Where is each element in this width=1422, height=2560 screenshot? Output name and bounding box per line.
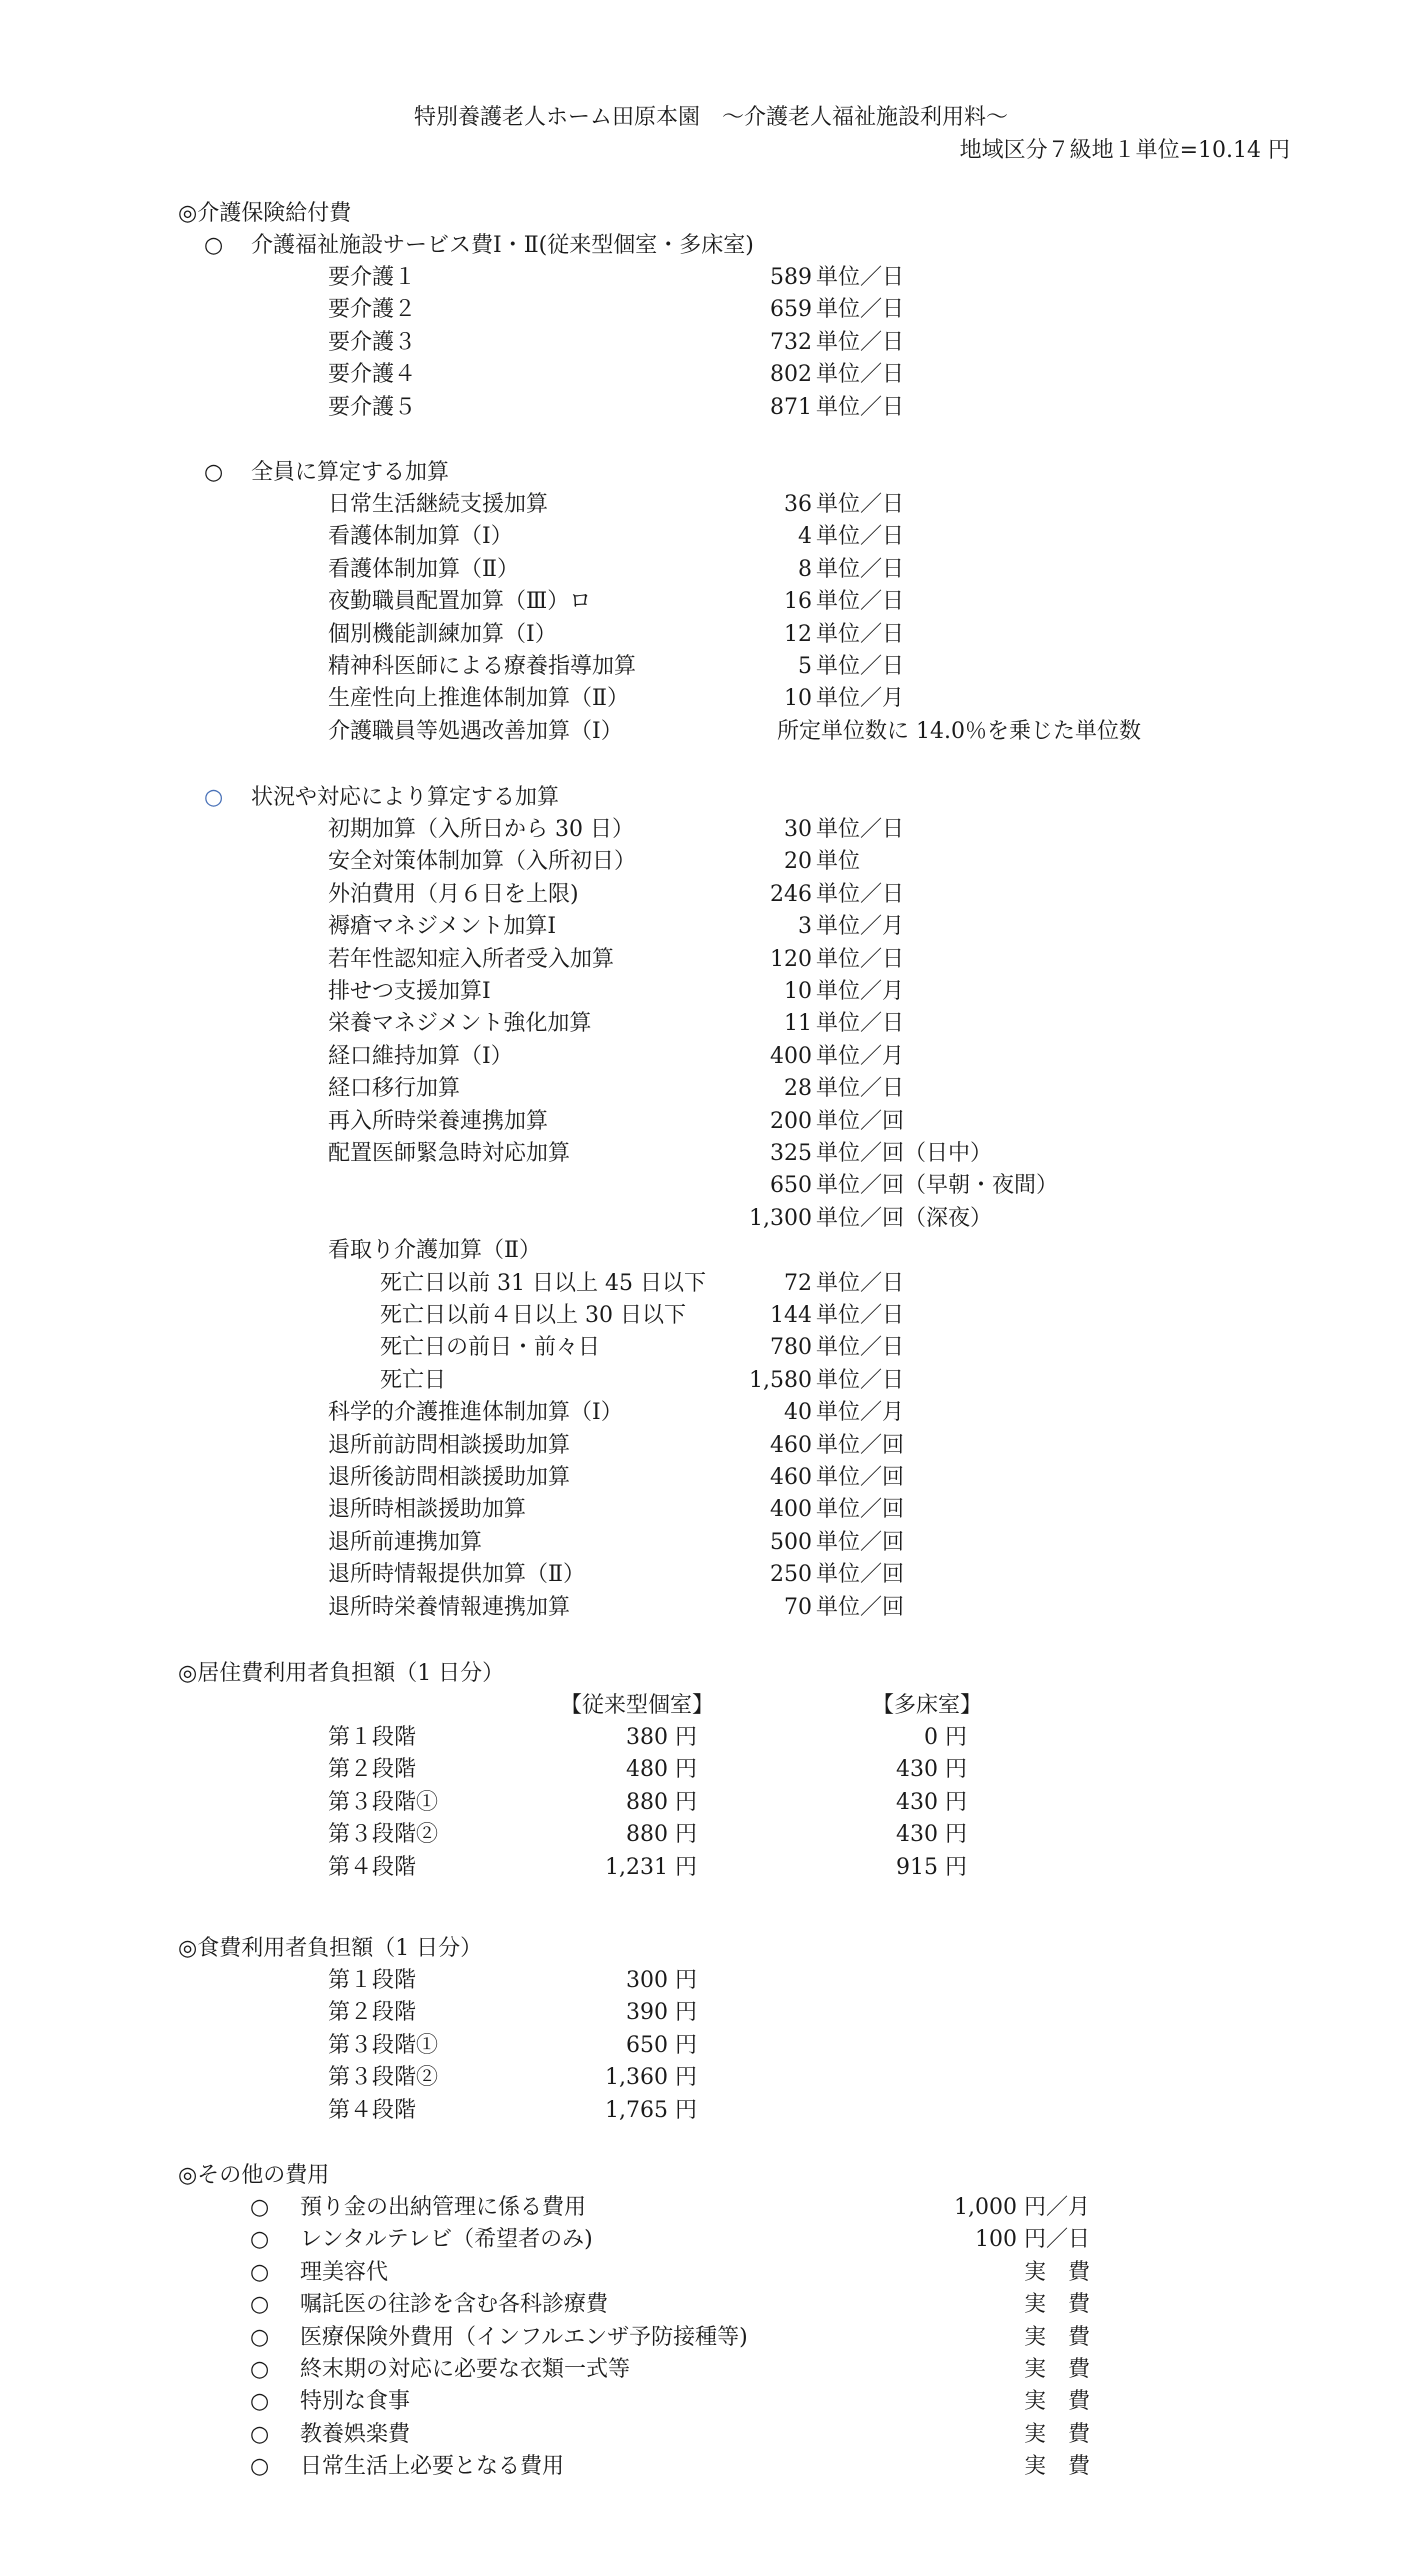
food-fee: 650 円: [626, 2030, 697, 2062]
fee-item-units: 16: [784, 586, 812, 618]
stage-label: 第３段階②: [328, 2062, 438, 2094]
fee-item-unit-label: 単位／日: [816, 619, 904, 651]
fee-item-row: 経口維持加算（Ⅰ）400単位／月: [0, 1041, 1422, 1073]
fee-item-row: 配置医師緊急時対応加算325単位／回（日中）: [0, 1138, 1422, 1170]
other-fee-price: 実 費: [1024, 2322, 1090, 2354]
fee-item-units: 30: [784, 814, 812, 846]
fee-item-units: 10: [784, 976, 812, 1008]
private-room-fee: 880 円: [626, 1819, 697, 1851]
other-fee-row: ○特別な食事実 費: [0, 2386, 1422, 2418]
fee-item-row: 若年性認知症入所者受入加算120単位／日: [0, 944, 1422, 976]
other-fee-price: 1,000 円／月: [954, 2192, 1090, 2224]
other-fee-price: 実 費: [1024, 2257, 1090, 2289]
section-heading-insurance: ◎介護保険給付費: [178, 198, 351, 230]
fee-item-row: 要介護４802単位／日: [0, 359, 1422, 391]
fee-item-label: 退所後訪問相談援助加算: [328, 1462, 570, 1494]
other-fee-row: ○レンタルテレビ（希望者のみ)100 円／日: [0, 2224, 1422, 2256]
fee-item-unit-label: 単位／日: [816, 586, 904, 618]
fee-item-label: 退所時情報提供加算（Ⅱ）: [328, 1559, 585, 1591]
fee-item-units: 28: [784, 1073, 812, 1105]
other-fee-row: ○嘱託医の往診を含む各科診療費実 費: [0, 2289, 1422, 2321]
other-fee-label: 日常生活上必要となる費用: [300, 2451, 564, 2483]
other-fee-label: 預り金の出納管理に係る費用: [300, 2192, 586, 2224]
fee-item-unit-label: 単位／日: [816, 651, 904, 683]
fee-item-unit-label: 単位／日: [816, 521, 904, 553]
fee-item-label: 看護体制加算（Ⅰ）: [328, 521, 513, 553]
other-fee-price: 実 費: [1024, 2289, 1090, 2321]
fee-item-label: 要介護５: [328, 392, 416, 424]
shared-room-fee: 430 円: [896, 1754, 967, 1786]
private-room-fee: 380 円: [626, 1722, 697, 1754]
fee-item-row: 死亡日以前 31 日以上 45 日以下72単位／日: [0, 1268, 1422, 1300]
other-fee-label: 教養娯楽費: [300, 2419, 410, 2451]
fee-item-unit-label: 単位／日: [816, 879, 904, 911]
subsection-all-additions: ○全員に算定する加算: [204, 457, 449, 489]
section-heading-other: ◎その他の費用: [178, 2160, 329, 2192]
fee-item-unit-label: 単位／日: [816, 262, 904, 294]
shared-room-fee: 0 円: [924, 1722, 967, 1754]
fee-item-unit-label: 単位／回: [816, 1430, 904, 1462]
food-row: 第１段階300 円: [0, 1965, 1422, 1997]
fee-item-label: 退所前訪問相談援助加算: [328, 1430, 570, 1462]
fee-item-row: 退所時情報提供加算（Ⅱ）250単位／回: [0, 1559, 1422, 1591]
fee-item-row: 退所前連携加算500単位／回: [0, 1527, 1422, 1559]
circle-bullet-icon: ○: [250, 2192, 269, 2224]
fee-item-unit-label: 単位／月: [816, 1041, 904, 1073]
other-fee-row: ○教養娯楽費実 費: [0, 2419, 1422, 2451]
food-row: 第３段階①650 円: [0, 2030, 1422, 2062]
fee-item-units: 732: [770, 327, 812, 359]
fee-item-units: 11: [784, 1008, 812, 1040]
document-title: 特別養護老人ホーム田原本園 ～介護老人福祉施設利用料～: [0, 102, 1422, 134]
fee-item-row: 退所時相談援助加算400単位／回: [0, 1494, 1422, 1526]
fee-item-row: 退所後訪問相談援助加算460単位／回: [0, 1462, 1422, 1494]
fee-item-label: 個別機能訓練加算（Ⅰ）: [328, 619, 557, 651]
fee-item-unit-label: 単位／日: [816, 1332, 904, 1364]
stage-label: 第４段階: [328, 2095, 416, 2127]
column-header-private-room: 【従来型個室】: [560, 1690, 714, 1722]
fee-item-units: 1,300: [749, 1203, 812, 1235]
fee-item-label: 外泊費用（月６日を上限): [328, 879, 579, 911]
fee-item-units: 200: [770, 1106, 812, 1138]
fee-item-units: 400: [770, 1494, 812, 1526]
circle-bullet-icon: ○: [204, 230, 251, 262]
fee-item-unit-label: 単位／日: [816, 814, 904, 846]
other-fee-price: 実 費: [1024, 2354, 1090, 2386]
circle-bullet-icon: ○: [250, 2224, 269, 2256]
fee-item-row: 精神科医師による療養指導加算5単位／日: [0, 651, 1422, 683]
fee-item-label: 排せつ支援加算Ⅰ: [328, 976, 491, 1008]
fee-item-unit-label: 単位／月: [816, 683, 904, 715]
fee-item-units: 400: [770, 1041, 812, 1073]
fee-item-label: 配置医師緊急時対応加算: [328, 1138, 570, 1170]
fee-item-units: 325: [770, 1138, 812, 1170]
fee-item-row: 個別機能訓練加算（Ⅰ）12単位／日: [0, 619, 1422, 651]
other-fee-price: 100 円／日: [975, 2224, 1090, 2256]
fee-item-unit-label: 単位／日: [816, 1073, 904, 1105]
stage-label: 第１段階: [328, 1722, 416, 1754]
fee-item-row: 退所時栄養情報連携加算70単位／回: [0, 1592, 1422, 1624]
other-fee-price: 実 費: [1024, 2386, 1090, 2418]
fee-item-units: 871: [770, 392, 812, 424]
fee-item-units: 4: [798, 521, 812, 553]
fee-item-row: 日常生活継続支援加算36単位／日: [0, 489, 1422, 521]
fee-item-label: 褥瘡マネジメント加算Ⅰ: [328, 911, 556, 943]
stage-label: 第４段階: [328, 1852, 416, 1884]
fee-item-unit-label: 単位／回: [816, 1106, 904, 1138]
fee-item-units: 20: [784, 846, 812, 878]
stage-label: 第２段階: [328, 1997, 416, 2029]
stage-label: 第３段階①: [328, 1787, 438, 1819]
fee-item-units: 40: [784, 1397, 812, 1429]
circle-bullet-icon: ○: [250, 2289, 269, 2321]
fee-item-row: 外泊費用（月６日を上限)246単位／日: [0, 879, 1422, 911]
residence-row: 第１段階380 円0 円: [0, 1722, 1422, 1754]
fee-item-units: 70: [784, 1592, 812, 1624]
fee-item-row: 要介護３732単位／日: [0, 327, 1422, 359]
circle-bullet-icon: ○: [250, 2451, 269, 2483]
fee-item-unit-label: 単位／月: [816, 1397, 904, 1429]
fee-item-unit-label: 単位／回（深夜）: [816, 1203, 992, 1235]
fee-item-label: 要介護２: [328, 294, 416, 326]
fee-item-units: 659: [770, 294, 812, 326]
fee-item-unit-label: 単位／回（日中）: [816, 1138, 992, 1170]
fee-item-row: 看護体制加算（Ⅱ）8単位／日: [0, 554, 1422, 586]
private-room-fee: 480 円: [626, 1754, 697, 1786]
residence-row: 第２段階480 円430 円: [0, 1754, 1422, 1786]
circle-bullet-icon: ○: [250, 2354, 269, 2386]
shared-room-fee: 430 円: [896, 1819, 967, 1851]
fee-item-row: 看護体制加算（Ⅰ）4単位／日: [0, 521, 1422, 553]
other-fee-label: レンタルテレビ（希望者のみ): [300, 2224, 593, 2256]
fee-item-label: 経口移行加算: [328, 1073, 460, 1105]
fee-item-row: 栄養マネジメント強化加算11単位／日: [0, 1008, 1422, 1040]
section-heading-food: ◎食費利用者負担額（1 日分）: [178, 1933, 482, 1965]
food-fee: 1,765 円: [605, 2095, 697, 2127]
fee-item-units: 460: [770, 1430, 812, 1462]
fee-item-label: 生産性向上推進体制加算（Ⅱ）: [328, 683, 629, 715]
fee-item-units: 8: [798, 554, 812, 586]
fee-item-row: 要介護１589単位／日: [0, 262, 1422, 294]
residence-row: 第３段階②880 円430 円: [0, 1819, 1422, 1851]
fee-item-row: 褥瘡マネジメント加算Ⅰ3単位／月: [0, 911, 1422, 943]
fee-item-unit-label: 単位／月: [816, 911, 904, 943]
circle-bullet-icon: ○: [250, 2386, 269, 2418]
fee-item-units: 36: [784, 489, 812, 521]
fee-item-label: 再入所時栄養連携加算: [328, 1106, 548, 1138]
other-fee-label: 医療保険外費用（インフルエンザ予防接種等): [300, 2322, 748, 2354]
other-fee-row: ○医療保険外費用（インフルエンザ予防接種等)実 費: [0, 2322, 1422, 2354]
fee-item-label: 死亡日: [380, 1365, 446, 1397]
fee-item-row: 初期加算（入所日から 30 日）30単位／日: [0, 814, 1422, 846]
fee-item-unit-label: 単位／月: [816, 976, 904, 1008]
fee-item-unit-label: 単位／日: [816, 1268, 904, 1300]
region-unit-note: 地域区分７級地１単位=10.14 円: [960, 135, 1290, 167]
fee-item-label: 死亡日の前日・前々日: [380, 1332, 600, 1364]
fee-item-units: 589: [770, 262, 812, 294]
fee-item-label: 経口維持加算（Ⅰ）: [328, 1041, 513, 1073]
other-fee-price: 実 費: [1024, 2419, 1090, 2451]
fee-item-unit-label: 単位／日: [816, 359, 904, 391]
fee-item-units: 650: [770, 1170, 812, 1202]
fee-item-row: 生産性向上推進体制加算（Ⅱ）10単位／月: [0, 683, 1422, 715]
stage-label: 第３段階①: [328, 2030, 438, 2062]
fee-item-label: 要介護１: [328, 262, 416, 294]
circle-bullet-icon: ○: [204, 457, 251, 489]
shared-room-fee: 430 円: [896, 1787, 967, 1819]
food-row: 第３段階②1,360 円: [0, 2062, 1422, 2094]
fee-item-unit-label: 単位／日: [816, 944, 904, 976]
fee-item-unit-label: 単位／日: [816, 1008, 904, 1040]
fee-item-label: 精神科医師による療養指導加算: [328, 651, 636, 683]
residence-row: 第３段階①880 円430 円: [0, 1787, 1422, 1819]
fee-item-label: 介護職員等処遇改善加算（Ⅰ）: [328, 716, 623, 748]
subsection-heading: 全員に算定する加算: [251, 460, 449, 485]
circle-bullet-icon: ○: [250, 2257, 269, 2289]
other-fee-row: ○理美容代実 費: [0, 2257, 1422, 2289]
other-fee-label: 終末期の対応に必要な衣類一式等: [300, 2354, 630, 2386]
fee-item-row: 死亡日以前４日以上 30 日以下144単位／日: [0, 1300, 1422, 1332]
fee-item-unit-label: 単位／日: [816, 489, 904, 521]
fee-item-row: 介護職員等処遇改善加算（Ⅰ）所定単位数に 14.0％を乗じた単位数: [0, 716, 1422, 748]
fee-item-row: 死亡日の前日・前々日780単位／日: [0, 1332, 1422, 1364]
fee-item-units: 460: [770, 1462, 812, 1494]
circle-bullet-icon: ○: [250, 2419, 269, 2451]
fee-item-unit-label: 単位／回: [816, 1462, 904, 1494]
fee-item-row: 夜勤職員配置加算（Ⅲ）ロ16単位／日: [0, 586, 1422, 618]
subsection-heading: 介護福祉施設サービス費Ⅰ・Ⅱ(従来型個室・多床室): [251, 233, 754, 258]
fee-item-unit-label: 単位／日: [816, 294, 904, 326]
fee-item-label: 死亡日以前 31 日以上 45 日以下: [380, 1268, 706, 1300]
fee-item-row: 再入所時栄養連携加算200単位／回: [0, 1106, 1422, 1138]
fee-item-units: 780: [770, 1332, 812, 1364]
fee-item-unit-label: 単位／日: [816, 1300, 904, 1332]
fee-item-row: 1,300単位／回（深夜）: [0, 1203, 1422, 1235]
subsection-service-fee: ○介護福祉施設サービス費Ⅰ・Ⅱ(従来型個室・多床室): [204, 230, 754, 262]
fee-item-label: 夜勤職員配置加算（Ⅲ）ロ: [328, 586, 591, 618]
fee-item-units: 10: [784, 683, 812, 715]
fee-item-label: 退所時相談援助加算: [328, 1494, 526, 1526]
fee-item-label: 退所時栄養情報連携加算: [328, 1592, 570, 1624]
fee-item-units: 246: [770, 879, 812, 911]
fee-item-units: 500: [770, 1527, 812, 1559]
fee-item-label: 安全対策体制加算（入所初日）: [328, 846, 636, 878]
fee-item-label: 栄養マネジメント強化加算: [328, 1008, 591, 1040]
fee-item-units: 144: [770, 1300, 812, 1332]
fee-item-units: 12: [784, 619, 812, 651]
stage-label: 第３段階②: [328, 1819, 438, 1851]
fee-item-note: 所定単位数に 14.0％を乗じた単位数: [777, 716, 1141, 748]
fee-item-units: 72: [784, 1268, 812, 1300]
fee-item-unit-label: 単位／日: [816, 1365, 904, 1397]
other-fee-row: ○日常生活上必要となる費用実 費: [0, 2451, 1422, 2483]
other-fee-label: 特別な食事: [300, 2386, 410, 2418]
fee-item-row: 要介護５871単位／日: [0, 392, 1422, 424]
fee-item-units: 1,580: [749, 1365, 812, 1397]
stage-label: 第１段階: [328, 1965, 416, 1997]
fee-item-unit-label: 単位／回: [816, 1494, 904, 1526]
fee-item-row: 科学的介護推進体制加算（Ⅰ）40単位／月: [0, 1397, 1422, 1429]
fee-item-label: 要介護４: [328, 359, 416, 391]
fee-item-row: 退所前訪問相談援助加算460単位／回: [0, 1430, 1422, 1462]
other-fee-row: ○終末期の対応に必要な衣類一式等実 費: [0, 2354, 1422, 2386]
subsection-situational-additions: ○状況や対応により算定する加算: [204, 782, 559, 814]
fee-item-unit-label: 単位／日: [816, 554, 904, 586]
fee-item-row: 経口移行加算28単位／日: [0, 1073, 1422, 1105]
fee-item-row: 650単位／回（早朝・夜間）: [0, 1170, 1422, 1202]
subsection-heading: 状況や対応により算定する加算: [251, 785, 559, 810]
fee-item-label: 看護体制加算（Ⅱ）: [328, 554, 519, 586]
fee-item-unit-label: 単位／日: [816, 392, 904, 424]
fee-item-unit-label: 単位／日: [816, 327, 904, 359]
fee-item-row: 看取り介護加算（Ⅱ）: [0, 1235, 1422, 1267]
stage-label: 第２段階: [328, 1754, 416, 1786]
fee-item-units: 3: [798, 911, 812, 943]
fee-item-label: 看取り介護加算（Ⅱ）: [328, 1235, 541, 1267]
fee-item-units: 5: [798, 651, 812, 683]
food-fee: 300 円: [626, 1965, 697, 1997]
circle-bullet-icon: ○: [250, 2322, 269, 2354]
shared-room-fee: 915 円: [896, 1852, 967, 1884]
fee-item-label: 科学的介護推進体制加算（Ⅰ）: [328, 1397, 623, 1429]
food-fee: 1,360 円: [605, 2062, 697, 2094]
fee-item-label: 初期加算（入所日から 30 日）: [328, 814, 634, 846]
section-heading-residence: ◎居住費利用者負担額（1 日分）: [178, 1658, 504, 1690]
fee-item-unit-label: 単位／回（早朝・夜間）: [816, 1170, 1058, 1202]
food-row: 第２段階390 円: [0, 1997, 1422, 2029]
private-room-fee: 1,231 円: [605, 1852, 697, 1884]
fee-item-row: 安全対策体制加算（入所初日）20単位: [0, 846, 1422, 878]
residence-row: 第４段階1,231 円915 円: [0, 1852, 1422, 1884]
fee-item-label: 退所前連携加算: [328, 1527, 482, 1559]
fee-item-label: 死亡日以前４日以上 30 日以下: [380, 1300, 686, 1332]
fee-item-label: 若年性認知症入所者受入加算: [328, 944, 614, 976]
fee-item-units: 802: [770, 359, 812, 391]
fee-item-unit-label: 単位／回: [816, 1559, 904, 1591]
fee-item-unit-label: 単位: [816, 846, 860, 878]
other-fee-label: 嘱託医の往診を含む各科診療費: [300, 2289, 608, 2321]
fee-item-units: 250: [770, 1559, 812, 1591]
fee-item-unit-label: 単位／回: [816, 1592, 904, 1624]
food-fee: 390 円: [626, 1997, 697, 2029]
fee-item-label: 要介護３: [328, 327, 416, 359]
other-fee-row: ○預り金の出納管理に係る費用1,000 円／月: [0, 2192, 1422, 2224]
fee-item-row: 排せつ支援加算Ⅰ10単位／月: [0, 976, 1422, 1008]
private-room-fee: 880 円: [626, 1787, 697, 1819]
fee-item-label: 日常生活継続支援加算: [328, 489, 548, 521]
column-header-shared-room: 【多床室】: [872, 1690, 982, 1722]
circle-bullet-icon: ○: [204, 782, 251, 814]
other-fee-label: 理美容代: [300, 2257, 388, 2289]
fee-item-unit-label: 単位／回: [816, 1527, 904, 1559]
fee-item-row: 死亡日1,580単位／日: [0, 1365, 1422, 1397]
fee-document: 特別養護老人ホーム田原本園 ～介護老人福祉施設利用料～ 地域区分７級地１単位=1…: [0, 0, 1422, 2560]
food-row: 第４段階1,765 円: [0, 2095, 1422, 2127]
fee-item-row: 要介護２659単位／日: [0, 294, 1422, 326]
fee-item-units: 120: [770, 944, 812, 976]
other-fee-price: 実 費: [1024, 2451, 1090, 2483]
